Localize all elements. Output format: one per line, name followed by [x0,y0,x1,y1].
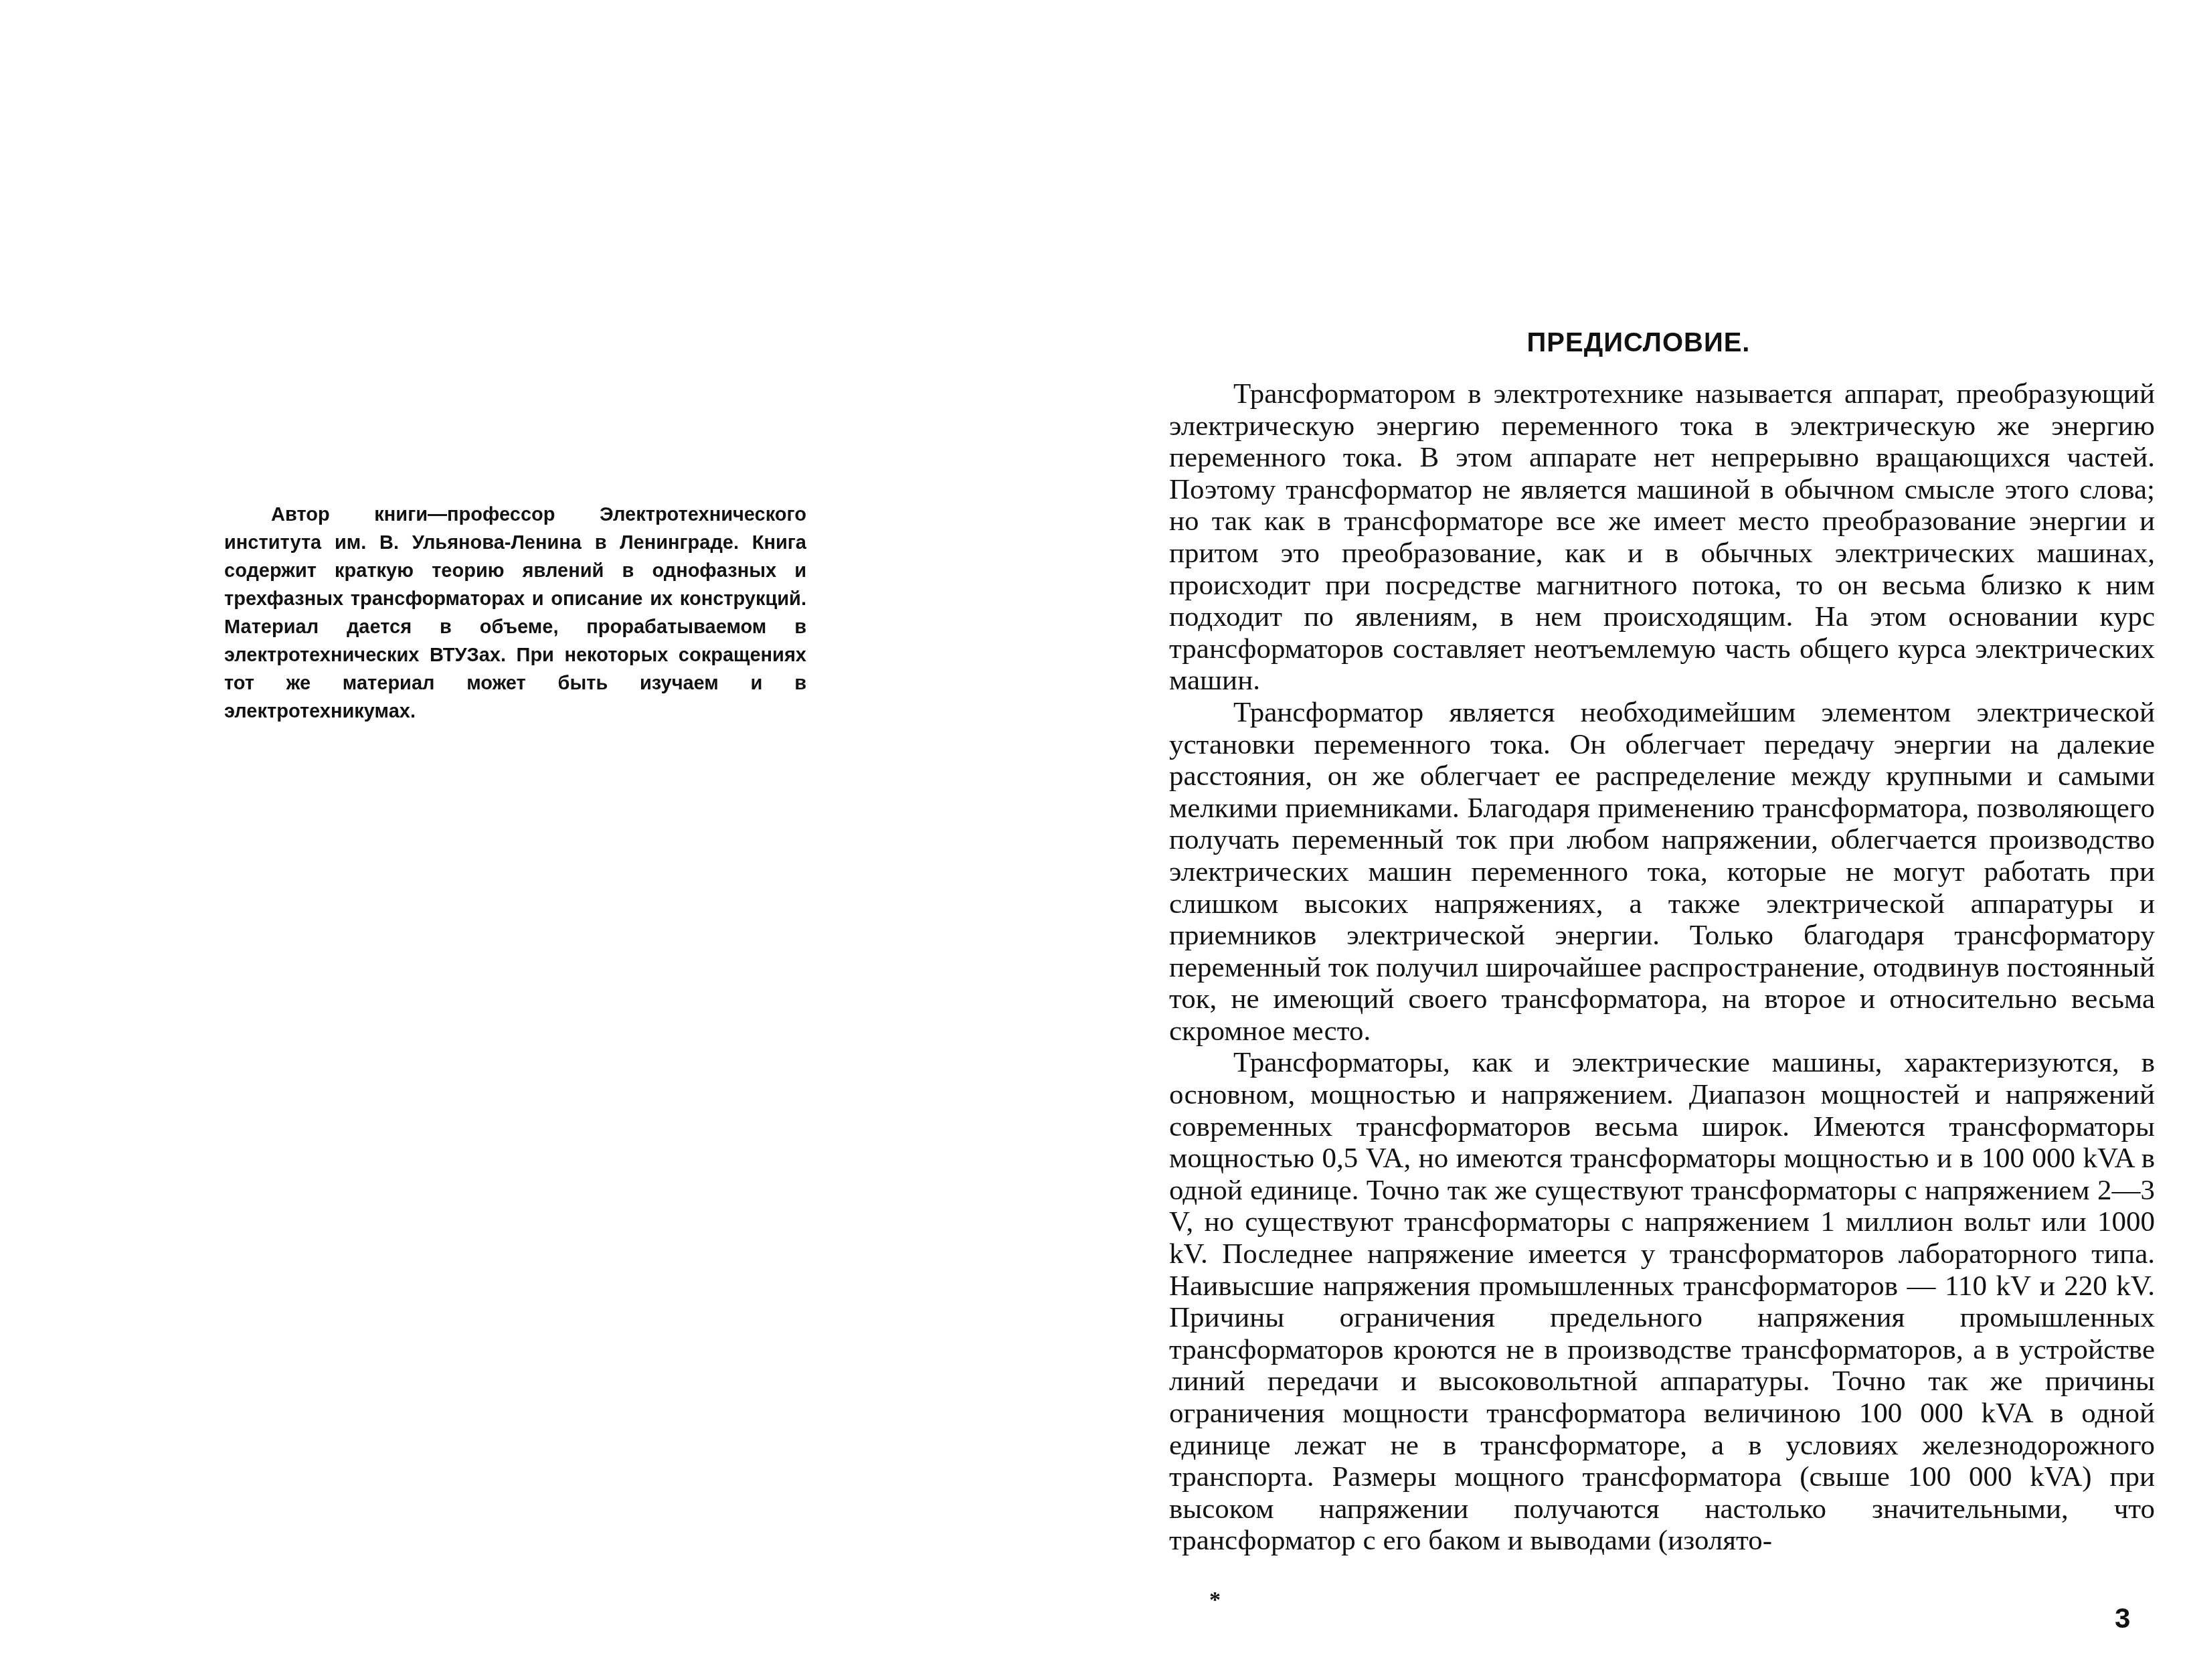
paragraph: Трансформатором в электротехнике называе… [1169,378,2155,697]
preface-body: Трансформатором в электротехнике называе… [1169,378,2155,1557]
author-annotation: Автор книги—профессор Электротехническог… [224,501,806,726]
page-title: ПРЕДИСЛОВИЕ. [1092,328,2185,358]
page-number: 3 [2115,1602,2130,1634]
right-page: ПРЕДИСЛОВИЕ. Трансформатором в электроте… [1092,0,2185,1680]
left-page: Автор книги—профессор Электротехническог… [0,0,1092,1680]
signature-mark: * [1209,1588,1221,1613]
annotation-text: Автор книги—профессор Электротехническог… [224,501,806,726]
paragraph: Трансформаторы, как и электрические маши… [1169,1047,2155,1557]
paragraph: Трансформатор является необходимейшим эл… [1169,697,2155,1047]
